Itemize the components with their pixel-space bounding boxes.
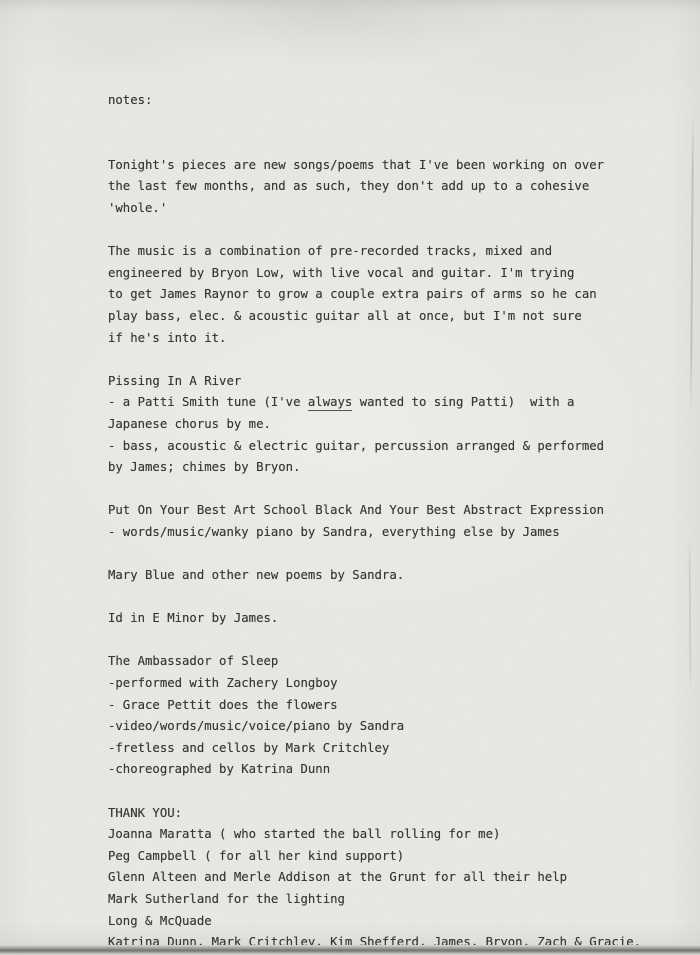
- text-line: THANK YOU:: [108, 803, 683, 825]
- text-line: Glenn Alteen and Merle Addison at the Gr…: [108, 867, 683, 889]
- text-line: Joanna Maratta ( who started the ball ro…: [108, 824, 683, 846]
- text-segment: Long & McQuade: [108, 914, 212, 928]
- blank-line: [108, 630, 683, 652]
- text-line: - bass, acoustic & electric guitar, perc…: [108, 436, 683, 458]
- text-segment: Mark Sutherland for the lighting: [108, 892, 345, 906]
- blank-line: [108, 781, 683, 803]
- text-line: to get James Raynor to grow a couple ext…: [108, 284, 683, 306]
- text-segment: -performed with Zachery Longboy: [108, 676, 338, 690]
- typewritten-text-flow: notes:Tonight's pieces are new songs/poe…: [108, 90, 683, 954]
- text-line: 'whole.': [108, 198, 683, 220]
- text-line: the last few months, and as such, they d…: [108, 176, 683, 198]
- text-segment: - Grace Pettit does the flowers: [108, 698, 338, 712]
- text-line: - words/music/wanky piano by Sandra, eve…: [108, 522, 683, 544]
- blank-line: [108, 349, 683, 371]
- text-segment: The music is a combination of pre-record…: [108, 244, 552, 258]
- text-line: The Ambassador of Sleep: [108, 651, 683, 673]
- text-segment: Joanna Maratta ( who started the ball ro…: [108, 827, 500, 841]
- text-segment: the last few months, and as such, they d…: [108, 179, 589, 193]
- text-line: Id in E Minor by James.: [108, 608, 683, 630]
- text-line: - a Patti Smith tune (I've always wanted…: [108, 392, 683, 414]
- text-segment: if he's into it.: [108, 331, 226, 345]
- text-line: Mary Blue and other new poems by Sandra.: [108, 565, 683, 587]
- text-line: notes:: [108, 90, 683, 112]
- text-segment: -choreographed by Katrina Dunn: [108, 762, 330, 776]
- text-segment: Japanese chorus by me.: [108, 417, 271, 431]
- text-segment: play bass, elec. & acoustic guitar all a…: [108, 309, 582, 323]
- scanned-notes-page: notes:Tonight's pieces are new songs/poe…: [0, 0, 700, 955]
- text-segment: -video/words/music/voice/piano by Sandra: [108, 719, 404, 733]
- text-line: by James; chimes by Bryon.: [108, 457, 683, 479]
- text-segment: to get James Raynor to grow a couple ext…: [108, 287, 597, 301]
- text-segment: Glenn Alteen and Merle Addison at the Gr…: [108, 870, 567, 884]
- text-segment: engineered by Bryon Low, with live vocal…: [108, 266, 574, 280]
- text-segment: notes:: [108, 93, 152, 107]
- text-segment: Id in E Minor by James.: [108, 611, 278, 625]
- text-line: Pissing In A River: [108, 371, 683, 393]
- text-segment: Pissing In A River: [108, 374, 241, 388]
- blank-line: [108, 133, 683, 155]
- text-segment: Peg Campbell ( for all her kind support): [108, 849, 404, 863]
- text-line: - Grace Pettit does the flowers: [108, 695, 683, 717]
- text-line: Long & McQuade: [108, 911, 683, 933]
- underlined-text-segment: always: [308, 395, 352, 411]
- blank-line: [108, 543, 683, 565]
- scanner-bottom-edge: [0, 945, 700, 955]
- text-line: -performed with Zachery Longboy: [108, 673, 683, 695]
- text-segment: 'whole.': [108, 201, 167, 215]
- text-line: play bass, elec. & acoustic guitar all a…: [108, 306, 683, 328]
- blank-line: [108, 112, 683, 134]
- text-line: Japanese chorus by me.: [108, 414, 683, 436]
- text-line: The music is a combination of pre-record…: [108, 241, 683, 263]
- text-segment: Mary Blue and other new poems by Sandra.: [108, 568, 404, 582]
- text-segment: - bass, acoustic & electric guitar, perc…: [108, 439, 604, 453]
- text-line: Peg Campbell ( for all her kind support): [108, 846, 683, 868]
- blank-line: [108, 587, 683, 609]
- blank-line: [108, 479, 683, 501]
- text-line: -video/words/music/voice/piano by Sandra: [108, 716, 683, 738]
- text-segment: Put On Your Best Art School Black And Yo…: [108, 503, 604, 517]
- text-line: engineered by Bryon Low, with live vocal…: [108, 263, 683, 285]
- text-segment: THANK YOU:: [108, 806, 182, 820]
- text-segment: wanted to sing Patti) with a: [352, 395, 574, 409]
- text-line: if he's into it.: [108, 328, 683, 350]
- text-segment: Tonight's pieces are new songs/poems tha…: [108, 158, 604, 172]
- text-segment: by James; chimes by Bryon.: [108, 460, 301, 474]
- text-line: Tonight's pieces are new songs/poems tha…: [108, 155, 683, 177]
- text-segment: - a Patti Smith tune (I've: [108, 395, 308, 409]
- text-line: -choreographed by Katrina Dunn: [108, 759, 683, 781]
- text-line: Mark Sutherland for the lighting: [108, 889, 683, 911]
- blank-line: [108, 220, 683, 242]
- text-line: Put On Your Best Art School Black And Yo…: [108, 500, 683, 522]
- text-line: -fretless and cellos by Mark Critchley: [108, 738, 683, 760]
- text-segment: - words/music/wanky piano by Sandra, eve…: [108, 525, 560, 539]
- text-segment: -fretless and cellos by Mark Critchley: [108, 741, 389, 755]
- text-segment: The Ambassador of Sleep: [108, 654, 278, 668]
